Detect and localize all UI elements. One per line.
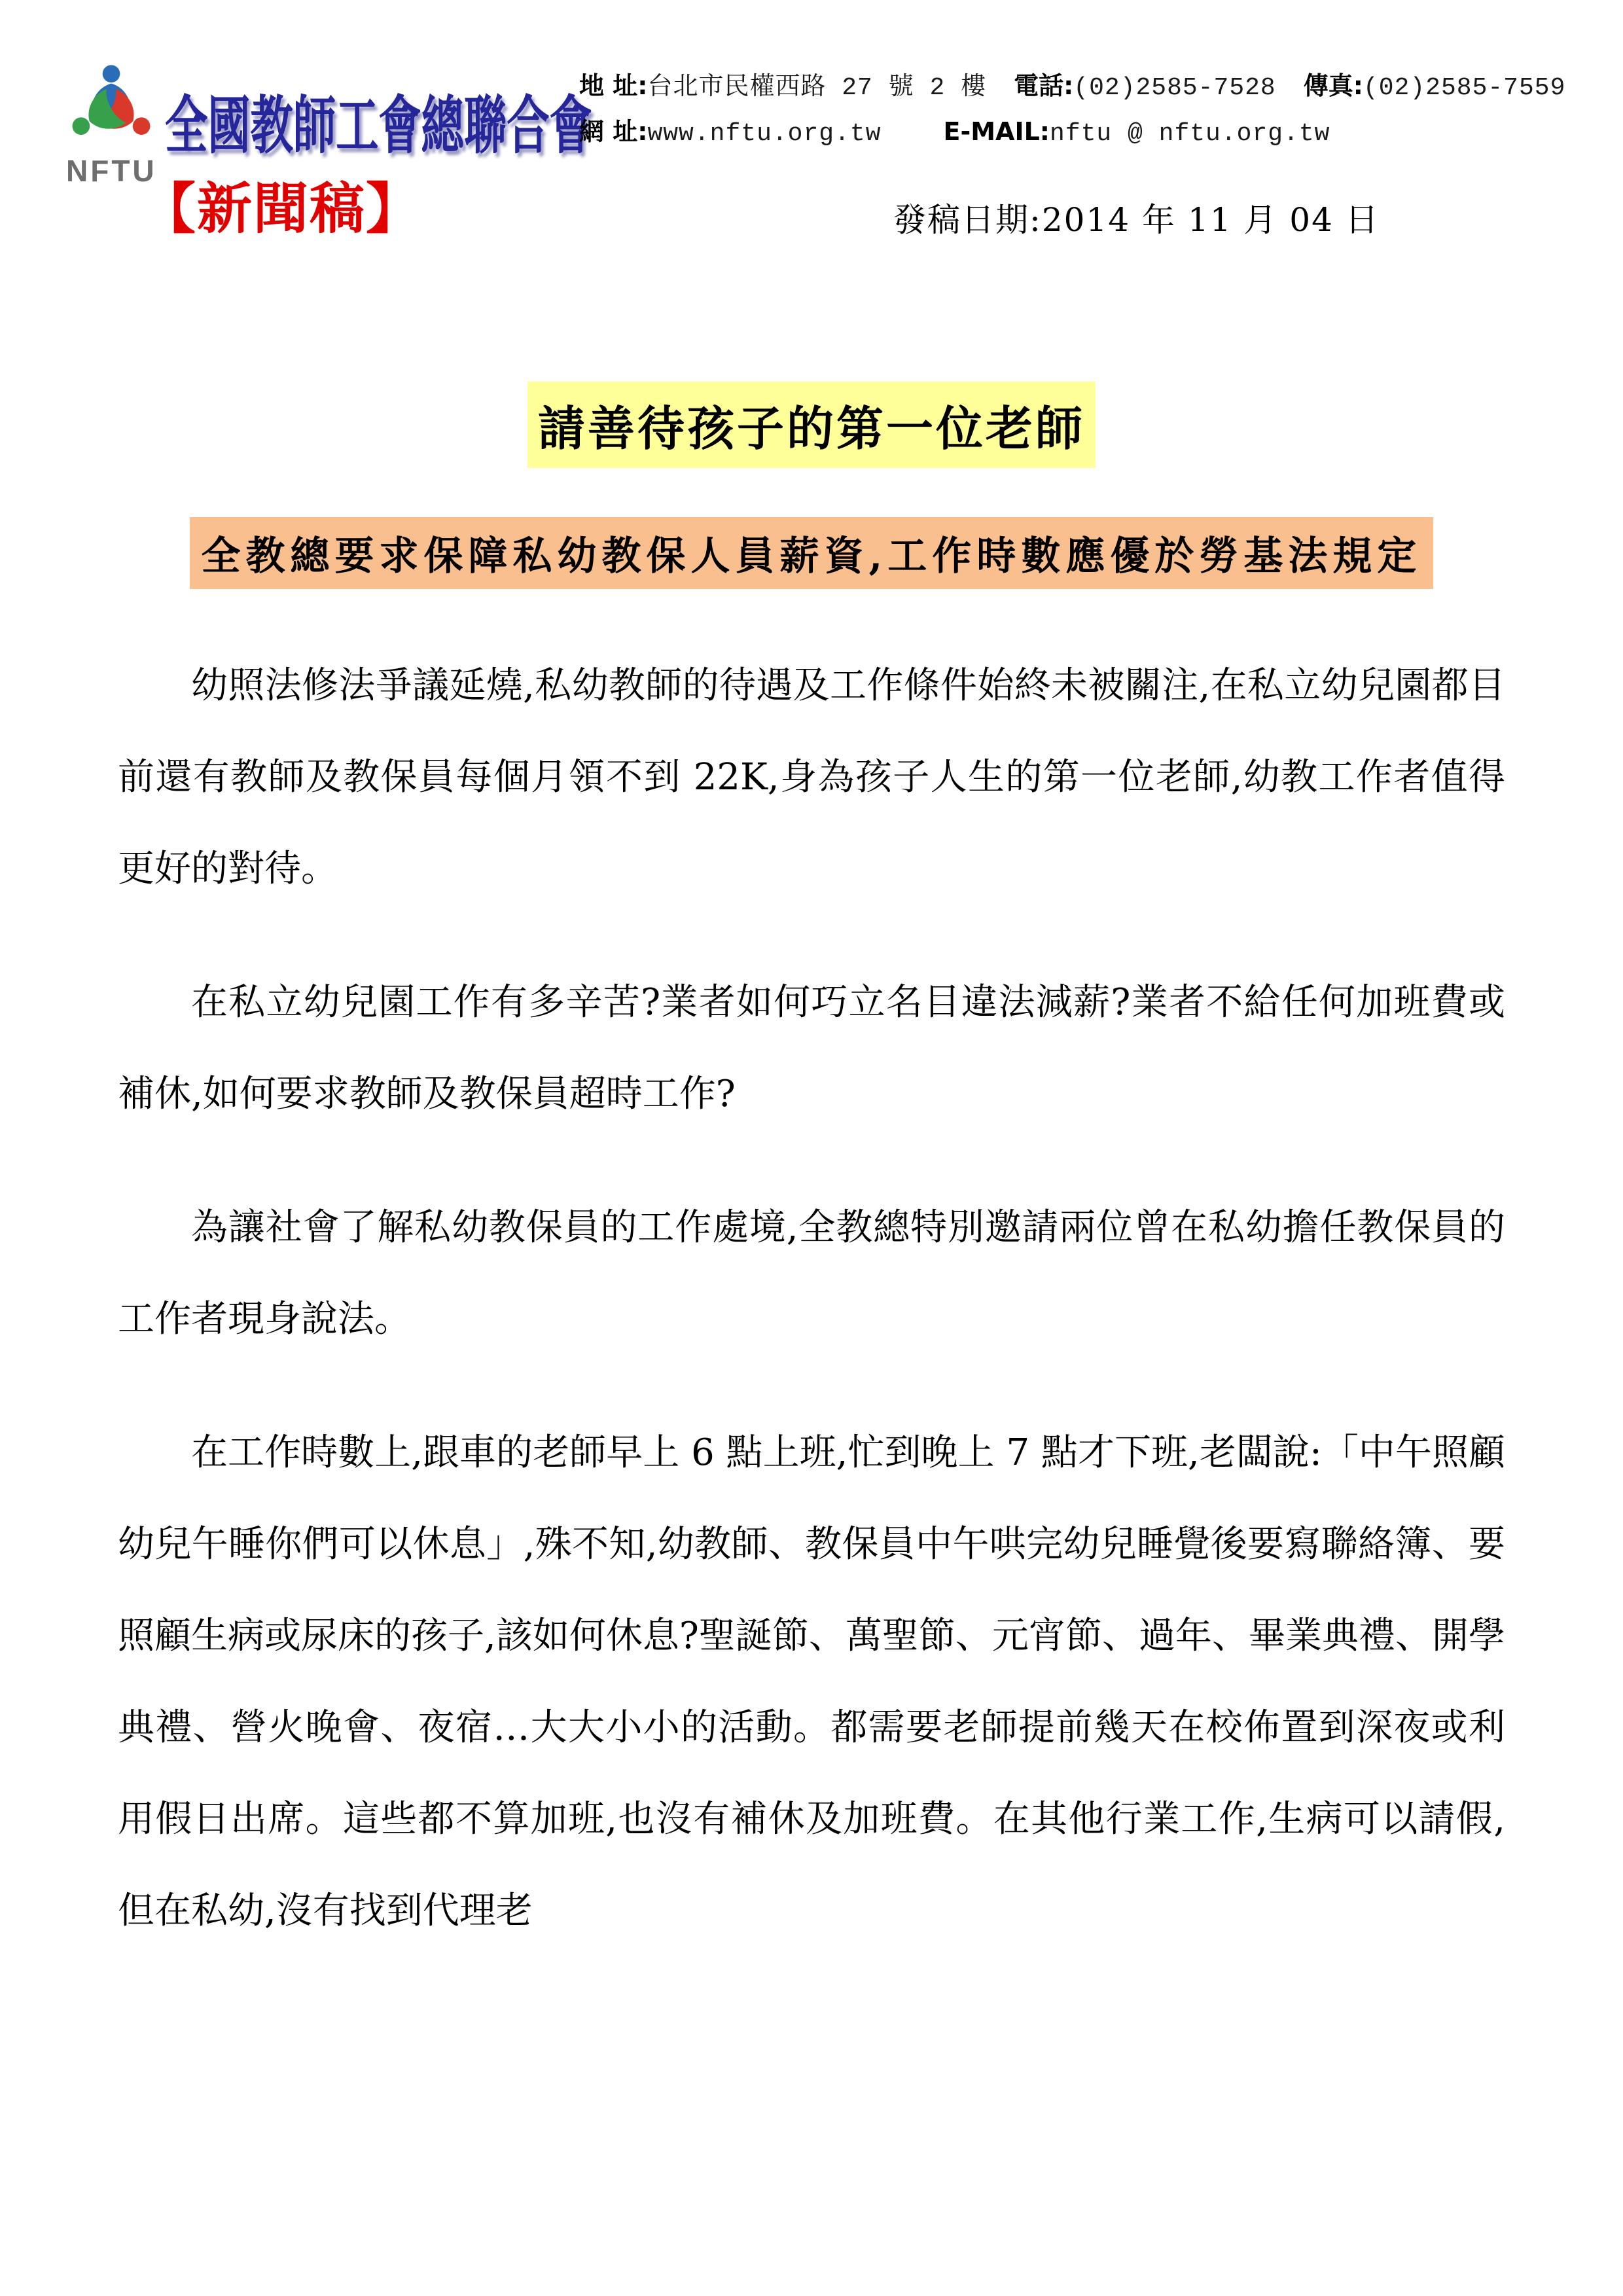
contact-info: 地 址:台北市民權西路 27 號 2 樓電話:(02)2585-7528傳真:(… bbox=[579, 63, 1565, 154]
website-label: 網 址: bbox=[579, 117, 647, 146]
article-body: 幼照法修法爭議延燒,私幼教師的待遇及工作條件始終未被關注,在私立幼兒園都目前還有… bbox=[118, 640, 1505, 1999]
nftu-logo-icon bbox=[62, 60, 160, 157]
phone-value: (02)2585-7528 bbox=[1073, 74, 1275, 102]
page-title: 請善待孩子的第一位老師 bbox=[527, 382, 1096, 468]
paragraph-4: 在工作時數上,跟車的老師早上 6 點上班,忙到晚上 7 點才下班,老闆說:「中午… bbox=[118, 1407, 1505, 1957]
paragraph-3: 為讓社會了解私幼教保員的工作處境,全教總特別邀請兩位曾在私幼擔任教保員的工作者現… bbox=[118, 1182, 1505, 1365]
website-value: www.nftu.org.tw bbox=[647, 120, 881, 148]
page-subtitle: 全教總要求保障私幼教保人員薪資,工作時數應優於勞基法規定 bbox=[190, 517, 1434, 589]
address-label: 地 址: bbox=[579, 71, 647, 100]
paragraph-2: 在私立幼兒園工作有多辛苦?業者如何巧立名目違法減薪?業者不給任何加班費或補休,如… bbox=[118, 957, 1505, 1140]
address-value: 台北市民權西路 27 號 2 樓 bbox=[647, 74, 986, 102]
org-name: 全國教師工會總聯合會 bbox=[165, 76, 592, 166]
page: NFTU 全國教師工會總聯合會 地 址:台北市民權西路 27 號 2 樓電話:(… bbox=[0, 0, 1623, 2296]
issue-date: 發稿日期:2014 年 11 月 04 日 bbox=[893, 194, 1380, 241]
email-value: nftu @ nftu.org.tw bbox=[1050, 120, 1330, 148]
paragraph-1: 幼照法修法爭議延燒,私幼教師的待遇及工作條件始終未被關注,在私立幼兒園都目前還有… bbox=[118, 640, 1505, 915]
title-row: 請善待孩子的第一位老師 bbox=[0, 382, 1623, 468]
fax-value: (02)2585-7559 bbox=[1363, 74, 1565, 102]
email-label: E-MAIL: bbox=[944, 117, 1050, 146]
fax-label: 傳真: bbox=[1304, 71, 1363, 100]
subtitle-row: 全教總要求保障私幼教保人員薪資,工作時數應優於勞基法規定 bbox=[0, 517, 1623, 589]
press-release-badge: 【新聞稿】 bbox=[141, 165, 422, 244]
phone-label: 電話: bbox=[1014, 71, 1073, 100]
contact-line-web: 網 址:www.nftu.org.twE-MAIL:nftu @ nftu.or… bbox=[579, 109, 1565, 154]
contact-line-address: 地 址:台北市民權西路 27 號 2 樓電話:(02)2585-7528傳真:(… bbox=[579, 63, 1565, 109]
